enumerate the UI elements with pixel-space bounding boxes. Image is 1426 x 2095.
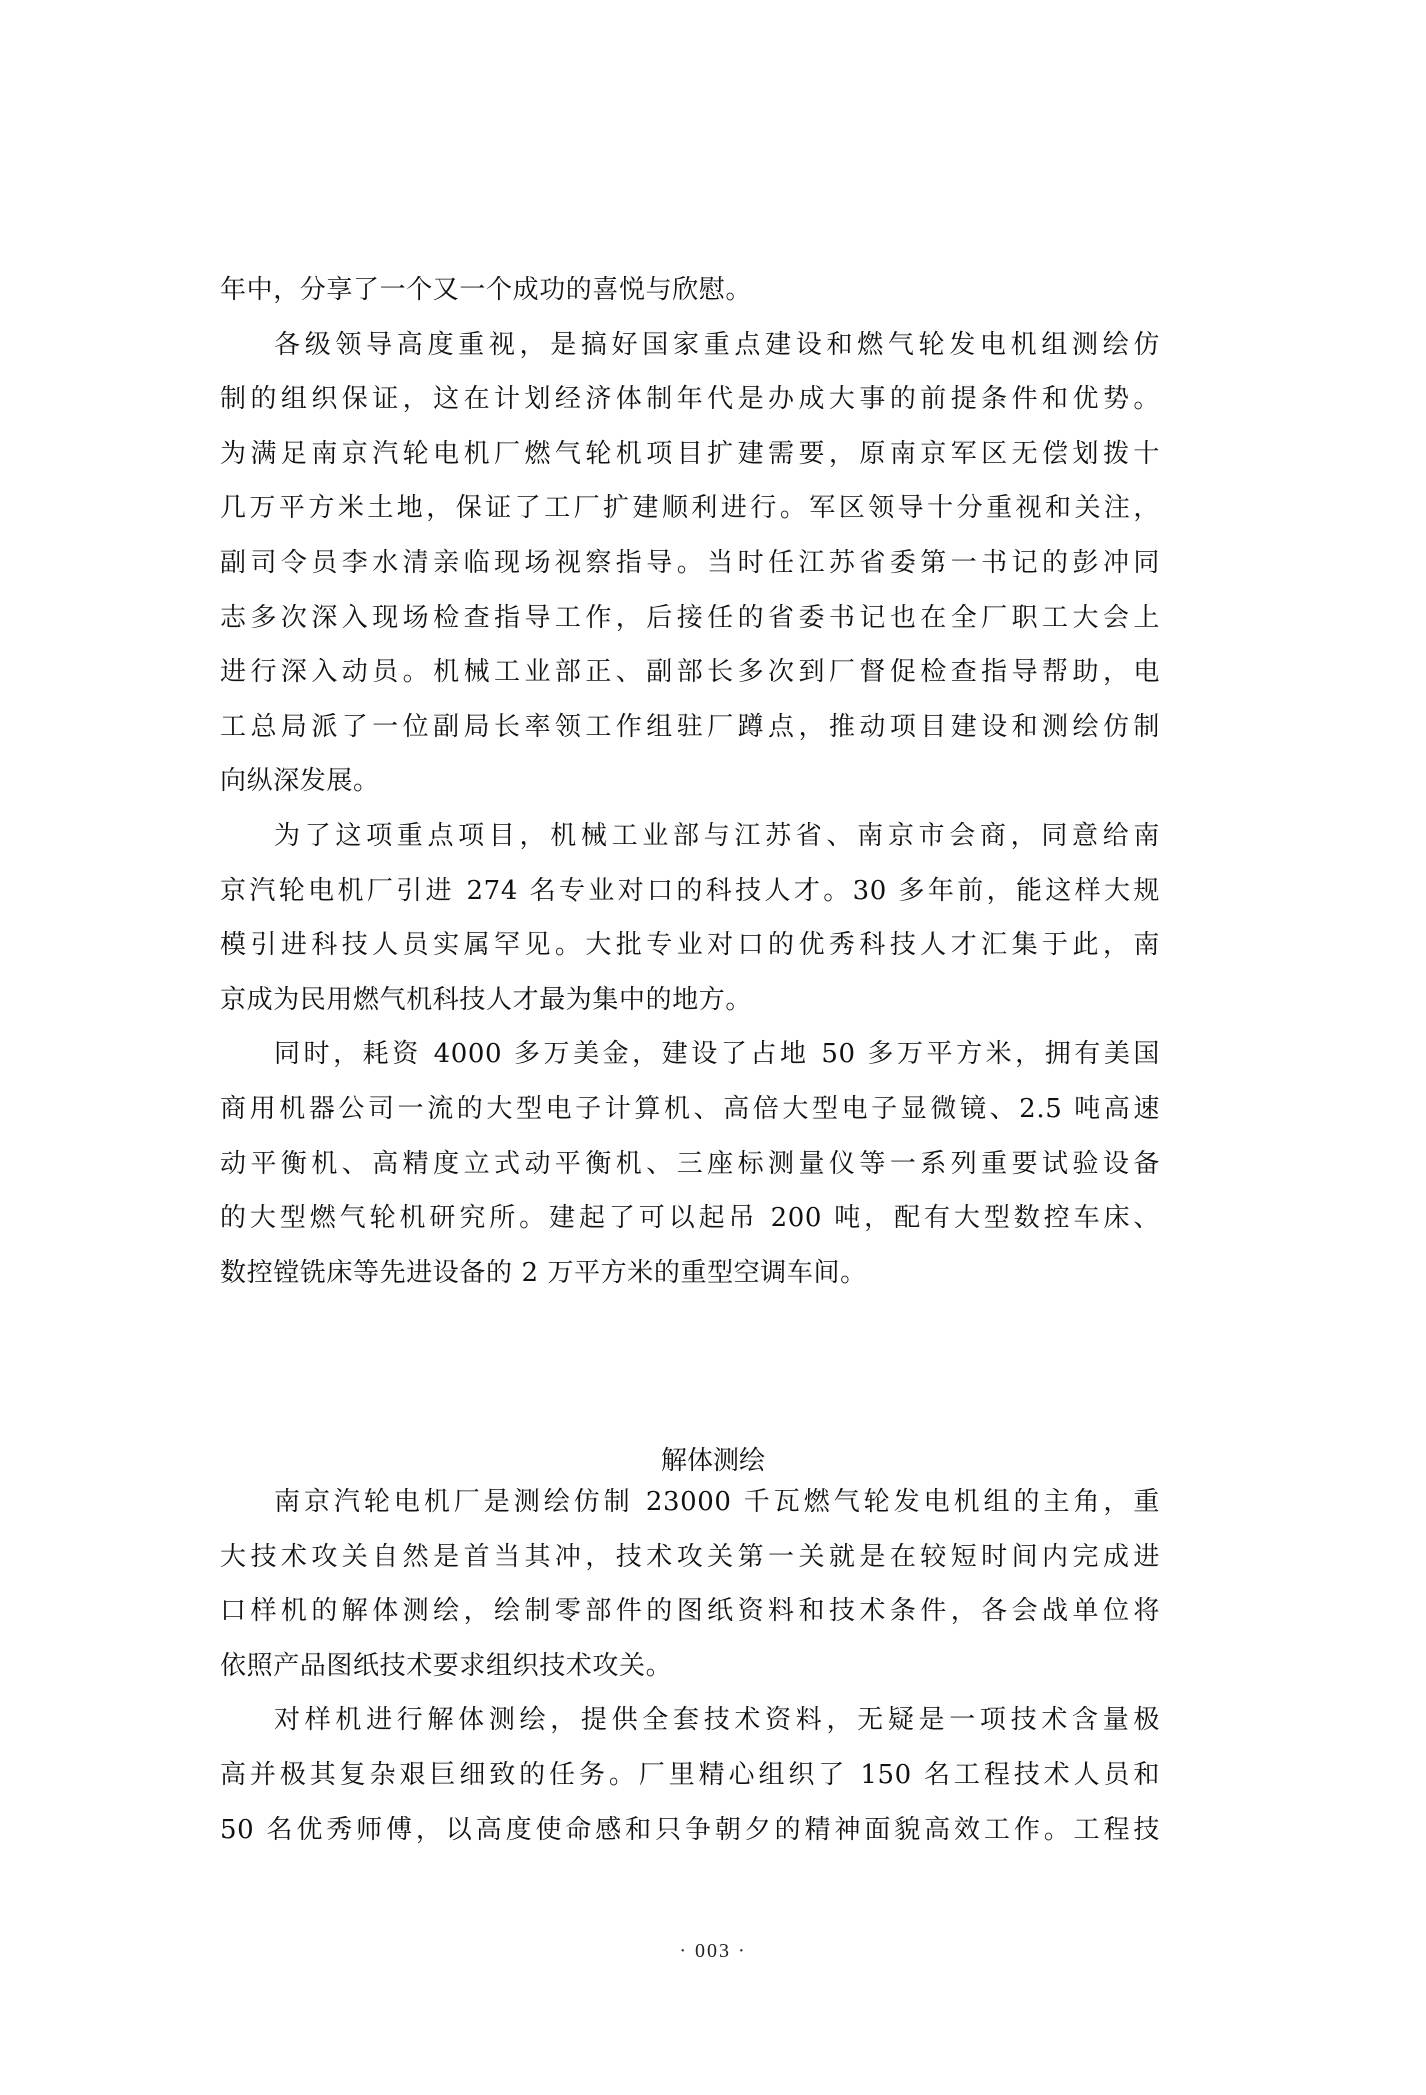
text-line: 向纵深发展。: [220, 754, 1160, 809]
text-line: 数控镗铣床等先进设备的 2 万平方米的重型空调车间。: [220, 1246, 1160, 1301]
text-line: 模引进科技人员实属罕见。大批专业对口的优秀科技人才汇集于此，南: [220, 918, 1160, 973]
text-line: 口样机的解体测绘，绘制零部件的图纸资料和技术条件，各会战单位将: [220, 1584, 1160, 1639]
text-line: 大技术攻关自然是首当其冲，技术攻关第一关就是在较短时间内完成进: [220, 1530, 1160, 1585]
text-line: 高并极其复杂艰巨细致的任务。厂里精心组织了 150 名工程技术人员和: [220, 1748, 1160, 1803]
text-line: 依照产品图纸技术要求组织技术攻关。: [220, 1639, 1160, 1694]
section-heading: 解体测绘: [0, 1440, 1426, 1477]
section-1-body: 年中，分享了一个又一个成功的喜悦与欣慰。 各级领导高度重视，是搞好国家重点建设和…: [220, 263, 1160, 1300]
text-line: 同时，耗资 4000 多万美金，建设了占地 50 多万平方米，拥有美国: [220, 1027, 1160, 1082]
section-2-body: 南京汽轮电机厂是测绘仿制 23000 千瓦燃气轮发电机组的主角，重 大技术攻关自…: [220, 1475, 1160, 1857]
text-line: 为了这项重点项目，机械工业部与江苏省、南京市会商，同意给南: [220, 809, 1160, 864]
text-line: 京汽轮电机厂引进 274 名专业对口的科技人才。30 多年前，能这样大规: [220, 864, 1160, 919]
text-line: 对样机进行解体测绘，提供全套技术资料，无疑是一项技术含量极: [220, 1693, 1160, 1748]
text-line: 副司令员李水清亲临现场视察指导。当时任江苏省委第一书记的彭冲同: [220, 536, 1160, 591]
text-line: 动平衡机、高精度立式动平衡机、三座标测量仪等一系列重要试验设备: [220, 1137, 1160, 1192]
text-line: 商用机器公司一流的大型电子计算机、高倍大型电子显微镜、2.5 吨高速: [220, 1082, 1160, 1137]
text-line: 几万平方米土地，保证了工厂扩建顺利进行。军区领导十分重视和关注，: [220, 481, 1160, 536]
text-line: 进行深入动员。机械工业部正、副部长多次到厂督促检查指导帮助，电: [220, 645, 1160, 700]
text-line: 志多次深入现场检查指导工作，后接任的省委书记也在全厂职工大会上: [220, 591, 1160, 646]
text-line: 50 名优秀师傅，以高度使命感和只争朝夕的精神面貌高效工作。工程技: [220, 1803, 1160, 1858]
text-line: 年中，分享了一个又一个成功的喜悦与欣慰。: [220, 263, 1160, 318]
text-line: 的大型燃气轮机研究所。建起了可以起吊 200 吨，配有大型数控车床、: [220, 1191, 1160, 1246]
text-line: 京成为民用燃气机科技人才最为集中的地方。: [220, 973, 1160, 1028]
text-line: 南京汽轮电机厂是测绘仿制 23000 千瓦燃气轮发电机组的主角，重: [220, 1475, 1160, 1530]
text-line: 各级领导高度重视，是搞好国家重点建设和燃气轮发电机组测绘仿: [220, 318, 1160, 373]
page-number: · 003 ·: [0, 1940, 1426, 1963]
text-line: 为满足南京汽轮电机厂燃气轮机项目扩建需要，原南京军区无偿划拨十: [220, 427, 1160, 482]
document-page: 年中，分享了一个又一个成功的喜悦与欣慰。 各级领导高度重视，是搞好国家重点建设和…: [0, 0, 1426, 2095]
text-line: 制的组织保证，这在计划经济体制年代是办成大事的前提条件和优势。: [220, 372, 1160, 427]
text-line: 工总局派了一位副局长率领工作组驻厂蹲点，推动项目建设和测绘仿制: [220, 700, 1160, 755]
